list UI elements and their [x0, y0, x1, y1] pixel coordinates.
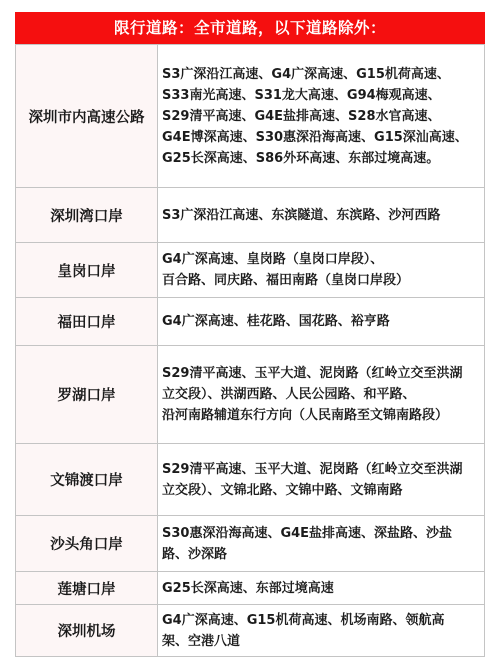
area-name-cell: 文锦渡口岸: [16, 444, 158, 516]
road-list-line: G25长深高速、S86外环高速、东部过境高速。: [162, 148, 480, 169]
table-row: 福田口岸G4广深高速、桂花路、国花路、裕亨路: [16, 298, 485, 346]
table-row: 文锦渡口岸S29清平高速、玉平大道、泥岗路（红岭立交至洪湖立交段）、文锦北路、文…: [16, 444, 485, 516]
exempt-roads-cell: S29清平高速、玉平大道、泥岗路（红岭立交至洪湖立交段）、洪湖西路、人民公园路、…: [158, 346, 485, 444]
road-list-line: 立交段）、文锦北路、文锦中路、文锦南路: [162, 480, 480, 501]
table-header-title: 限行道路：全市道路，以下道路除外：: [15, 12, 485, 44]
road-list-line: G4广深高速、桂花路、国花路、裕亨路: [162, 311, 480, 332]
road-list-line: S33南光高速、S31龙大高速、G94梅观高速、: [162, 85, 480, 106]
road-list-line: 立交段）、洪湖西路、人民公园路、和平路、: [162, 384, 480, 405]
road-list-line: 百合路、同庆路、福田南路（皇岗口岸段）: [162, 270, 480, 291]
restriction-table-container: 限行道路：全市道路，以下道路除外： 深圳市内高速公路S3广深沿江高速、G4广深高…: [15, 12, 485, 654]
area-name-cell: 沙头角口岸: [16, 516, 158, 572]
road-list-line: 沿河南路辅道东行方向（人民南路至文锦南路段）: [162, 405, 480, 426]
road-list-line: G25长深高速、东部过境高速: [162, 578, 480, 599]
area-name-cell: 深圳市内高速公路: [16, 45, 158, 188]
table-row: 深圳湾口岸S3广深沿江高速、东滨隧道、东滨路、沙河西路: [16, 188, 485, 243]
exempt-roads-cell: G4广深高速、皇岗路（皇岗口岸段）、百合路、同庆路、福田南路（皇岗口岸段）: [158, 243, 485, 298]
exempt-roads-cell: G4广深高速、G15机荷高速、机场南路、领航高架、空港八道: [158, 605, 485, 655]
exempt-roads-cell: S29清平高速、玉平大道、泥岗路（红岭立交至洪湖立交段）、文锦北路、文锦中路、文…: [158, 444, 485, 516]
area-name-cell: 福田口岸: [16, 298, 158, 346]
road-list-line: G4广深高速、皇岗路（皇岗口岸段）、: [162, 249, 480, 270]
road-list-line: S29清平高速、玉平大道、泥岗路（红岭立交至洪湖: [162, 363, 480, 384]
table-row: 沙头角口岸S30惠深沿海高速、G4E盐排高速、深盐路、沙盐路、沙深路: [16, 516, 485, 572]
table-row: 罗湖口岸S29清平高速、玉平大道、泥岗路（红岭立交至洪湖立交段）、洪湖西路、人民…: [16, 346, 485, 444]
area-name-cell: 深圳湾口岸: [16, 188, 158, 243]
area-name-cell: 莲塘口岸: [16, 572, 158, 605]
road-list-line: S30惠深沿海高速、G4E盐排高速、深盐路、沙盐: [162, 523, 480, 544]
road-list-line: S29清平高速、G4E盐排高速、S28水官高速、: [162, 106, 480, 127]
exempt-roads-cell: G25长深高速、东部过境高速: [158, 572, 485, 605]
exempt-roads-cell: S3广深沿江高速、G4广深高速、G15机荷高速、S33南光高速、S31龙大高速、…: [158, 45, 485, 188]
table-row: 深圳市内高速公路S3广深沿江高速、G4广深高速、G15机荷高速、S33南光高速、…: [16, 45, 485, 188]
table-row: 深圳机场G4广深高速、G15机荷高速、机场南路、领航高架、空港八道: [16, 605, 485, 655]
road-list-line: 架、空港八道: [162, 631, 480, 652]
road-list-line: G4E博深高速、S30惠深沿海高速、G15深汕高速、: [162, 127, 480, 148]
road-list-line: 路、沙深路: [162, 544, 480, 565]
restricted-roads-table: 深圳市内高速公路S3广深沿江高速、G4广深高速、G15机荷高速、S33南光高速、…: [15, 44, 485, 654]
table-row: 皇岗口岸G4广深高速、皇岗路（皇岗口岸段）、百合路、同庆路、福田南路（皇岗口岸段…: [16, 243, 485, 298]
table-body: 深圳市内高速公路S3广深沿江高速、G4广深高速、G15机荷高速、S33南光高速、…: [16, 45, 485, 655]
road-list-line: S3广深沿江高速、G4广深高速、G15机荷高速、: [162, 64, 480, 85]
exempt-roads-cell: S30惠深沿海高速、G4E盐排高速、深盐路、沙盐路、沙深路: [158, 516, 485, 572]
area-name-cell: 皇岗口岸: [16, 243, 158, 298]
road-list-line: S3广深沿江高速、东滨隧道、东滨路、沙河西路: [162, 205, 480, 226]
exempt-roads-cell: G4广深高速、桂花路、国花路、裕亨路: [158, 298, 485, 346]
road-list-line: S29清平高速、玉平大道、泥岗路（红岭立交至洪湖: [162, 459, 480, 480]
area-name-cell: 深圳机场: [16, 605, 158, 655]
road-list-line: G4广深高速、G15机荷高速、机场南路、领航高: [162, 610, 480, 631]
exempt-roads-cell: S3广深沿江高速、东滨隧道、东滨路、沙河西路: [158, 188, 485, 243]
table-row: 莲塘口岸G25长深高速、东部过境高速: [16, 572, 485, 605]
area-name-cell: 罗湖口岸: [16, 346, 158, 444]
